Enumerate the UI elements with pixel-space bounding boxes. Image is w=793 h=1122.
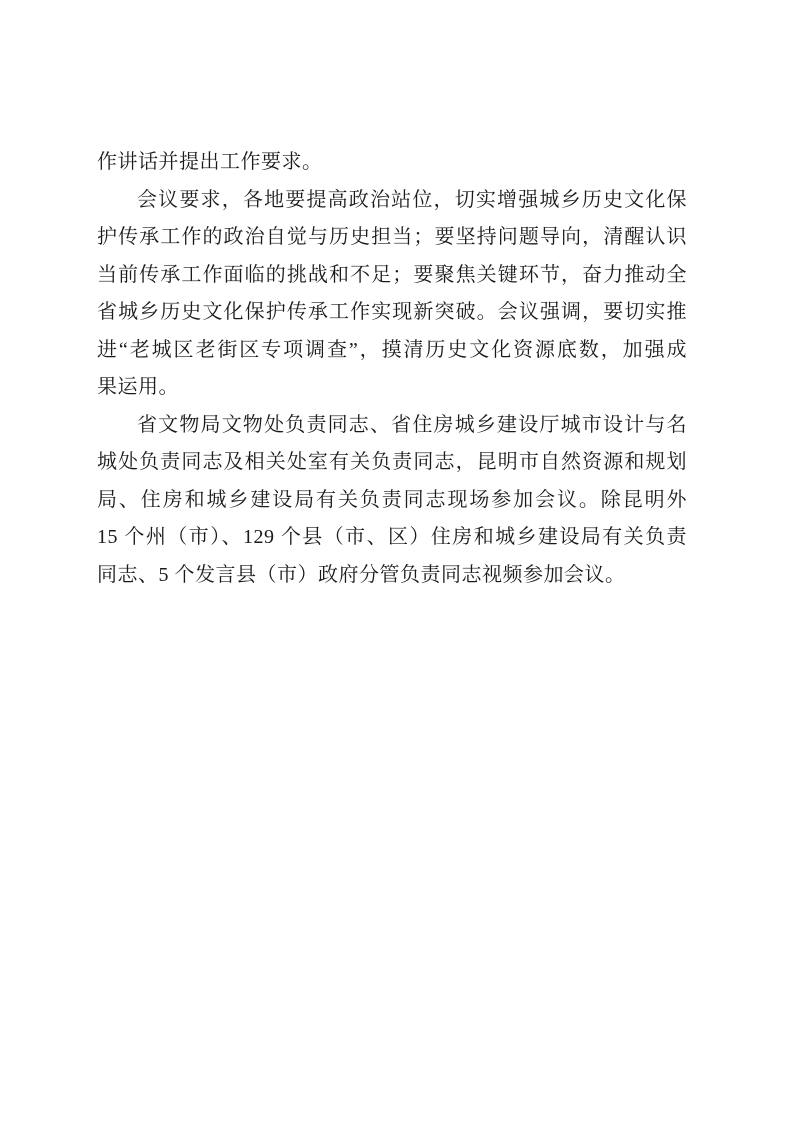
text-line: 城处负责同志及相关处室有关负责同志，昆明市自然资源和规划 xyxy=(97,444,687,482)
text-line: 当前传承工作面临的挑战和不足；要聚焦关键环节，奋力推动全 xyxy=(97,257,687,295)
text-line: 省城乡历史文化保护传承工作实现新突破。会议强调，要切实推 xyxy=(97,294,687,332)
text-line: 进“老城区老街区专项调查”，摸清历史文化资源底数，加强成 xyxy=(97,332,687,370)
text-line: 会议要求，各地要提高政治站位，切实增强城乡历史文化保 xyxy=(97,182,687,220)
document-body: 作讲话并提出工作要求。 会议要求，各地要提高政治站位，切实增强城乡历史文化保 护… xyxy=(97,144,687,594)
text-line: 省文物局文物处负责同志、省住房城乡建设厅城市设计与名 xyxy=(97,407,687,445)
text-line: 护传承工作的政治自觉与历史担当；要坚持问题导向，清醒认识 xyxy=(97,219,687,257)
text-line: 局、住房和城乡建设局有关负责同志现场参加会议。除昆明外 xyxy=(97,482,687,520)
text-line: 果运用。 xyxy=(97,369,687,407)
text-line: 15 个州（市）、129 个县（市、区）住房和城乡建设局有关负责 xyxy=(97,519,687,557)
text-line: 作讲话并提出工作要求。 xyxy=(97,144,687,182)
document-page: 作讲话并提出工作要求。 会议要求，各地要提高政治站位，切实增强城乡历史文化保 护… xyxy=(0,0,793,1122)
text-line: 同志、5 个发言县（市）政府分管负责同志视频参加会议。 xyxy=(97,557,687,595)
